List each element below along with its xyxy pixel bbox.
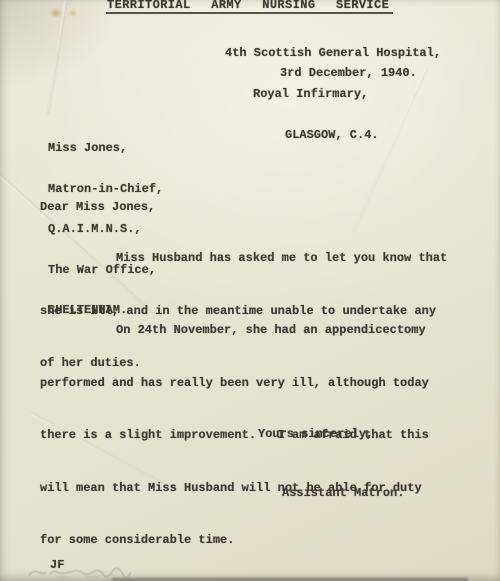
sender-address-line: GLASGOW, C.4. [285, 129, 441, 142]
body-line: performed and has really been very ill, … [40, 371, 429, 396]
recipient-line: Miss Jones, [48, 142, 163, 155]
pencil-inscription [26, 566, 150, 581]
letterhead-title: TERRITORIAL ARMY NURSING SERVICE [106, 0, 393, 14]
salutation: Dear Miss Jones, [40, 200, 155, 214]
sender-address-block: 4th Scottish General Hospital, Royal Inf… [225, 19, 441, 170]
body-line: On 24th November, she had an appendicect… [40, 318, 429, 343]
paper-stain [49, 8, 63, 18]
paper-stain [68, 9, 78, 17]
sender-address-line: Royal Infirmary, [253, 88, 441, 101]
closing-phrase: Yours sincerely, [258, 427, 373, 441]
recipient-line: Matron-in-Chief, [48, 183, 163, 196]
sender-address-line: 4th Scottish General Hospital, [225, 47, 441, 60]
body-line: for some considerable time. [40, 528, 429, 553]
letter-date: 3rd December, 1940. [280, 66, 417, 80]
body-line: Miss Husband has asked me to let you kno… [40, 246, 447, 271]
letter-document: TERRITORIAL ARMY NURSING SERVICE 4th Sco… [0, 0, 500, 581]
signature-title: Assistant Matron. [282, 486, 404, 500]
